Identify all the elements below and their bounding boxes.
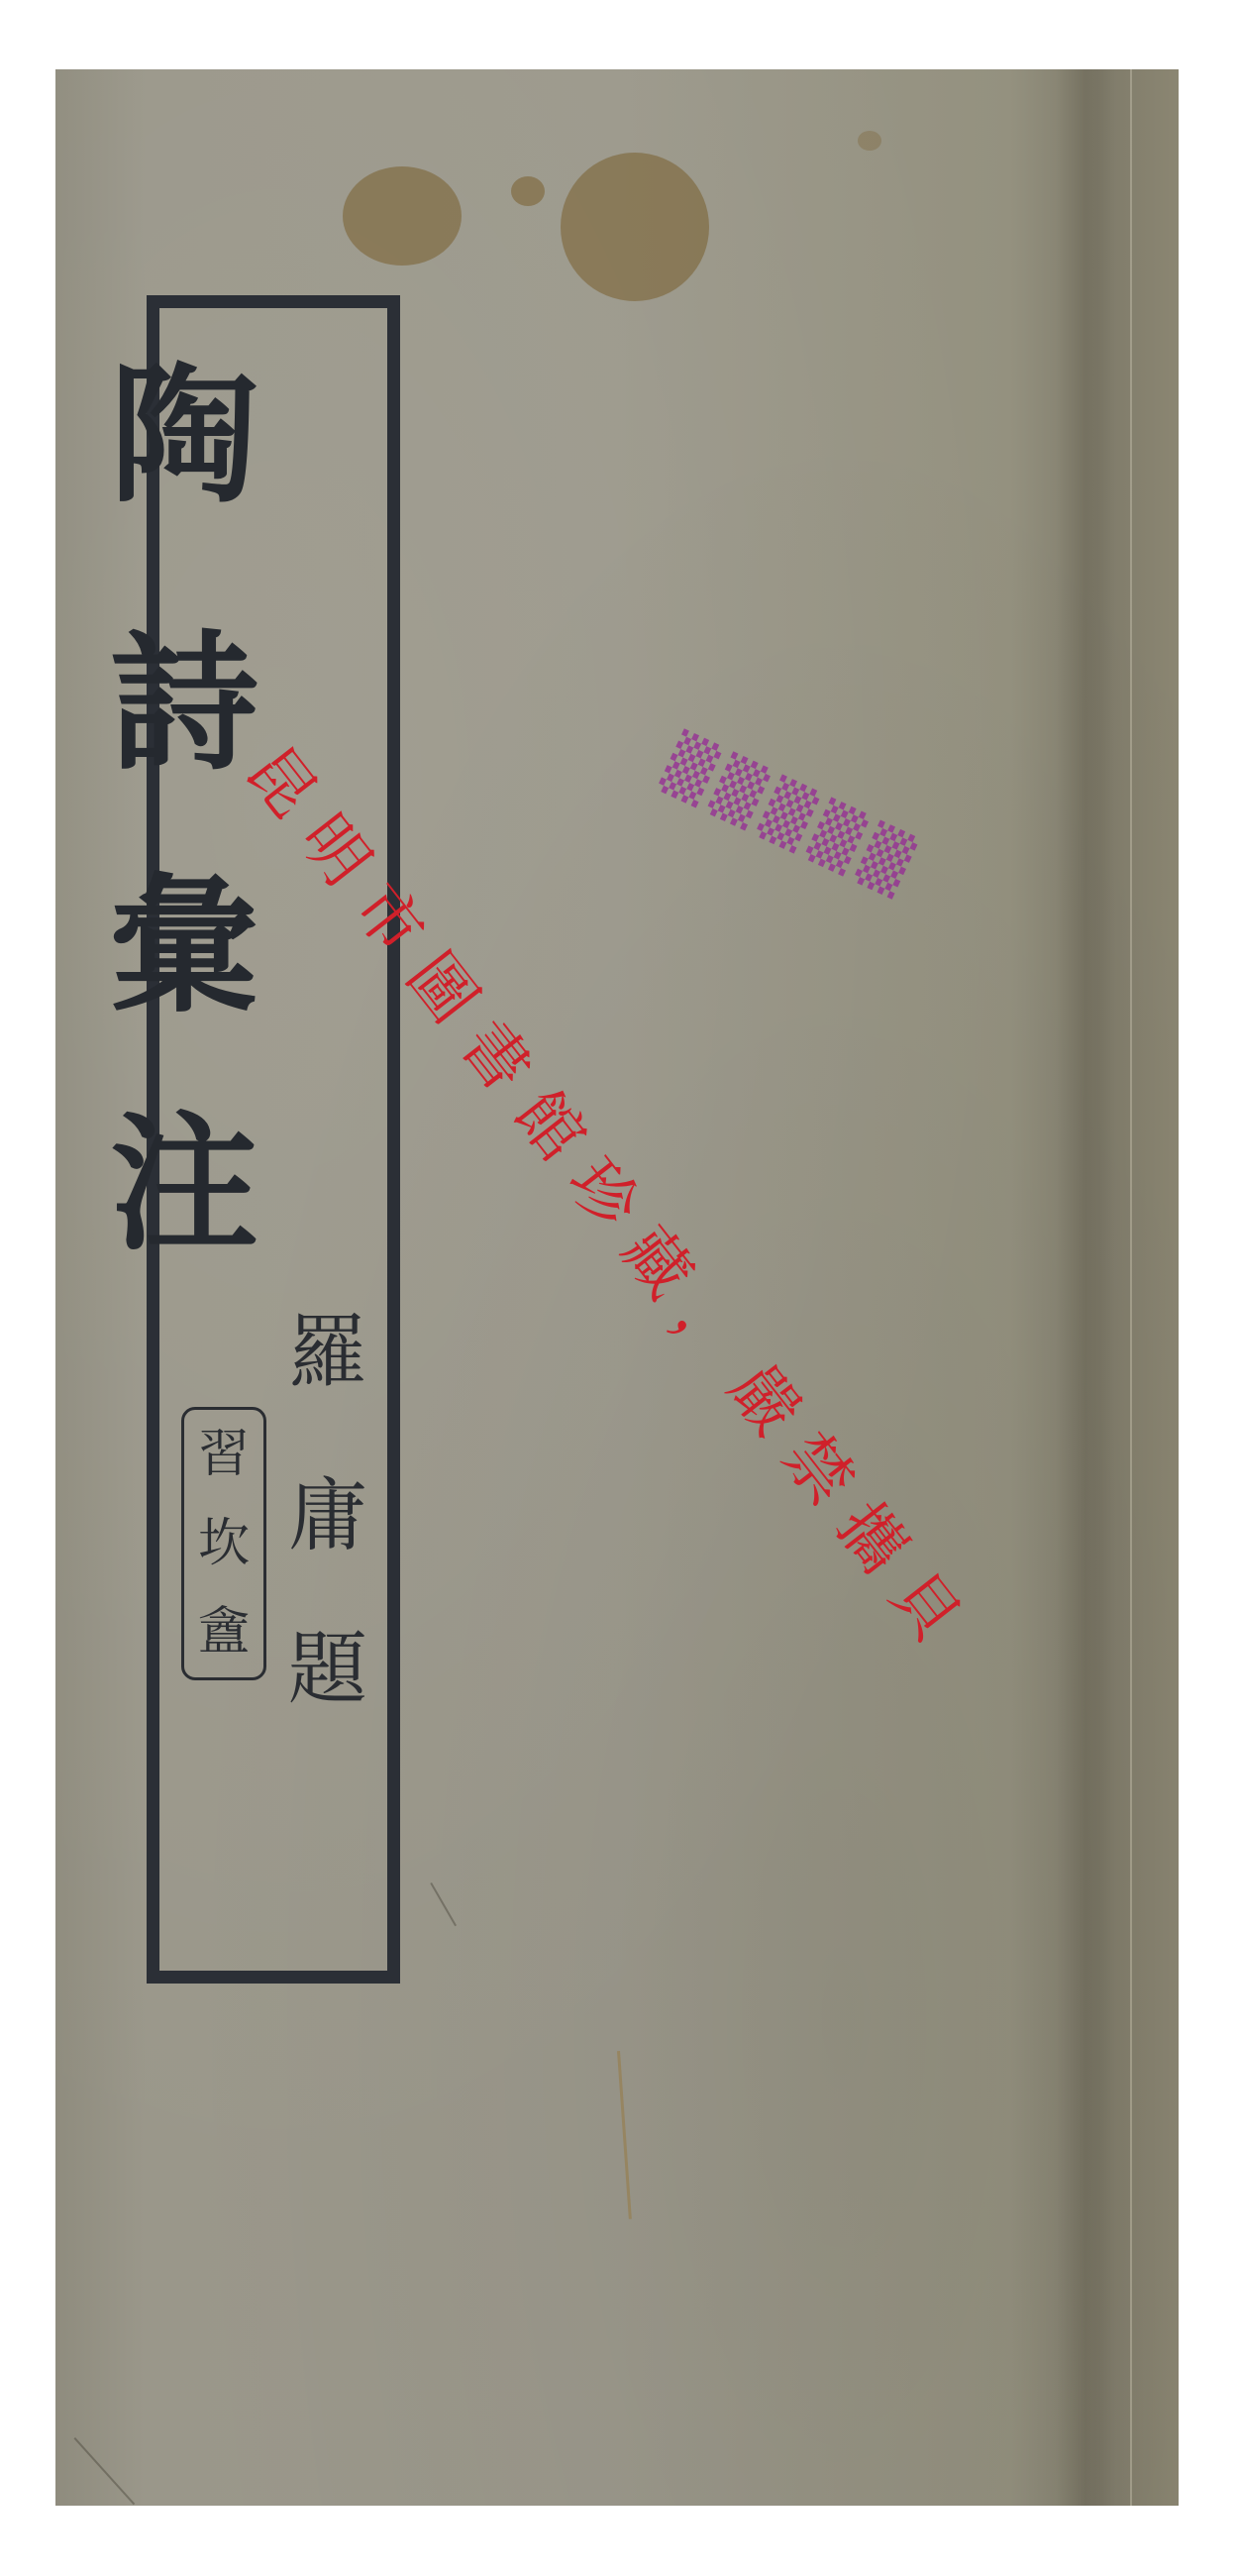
inscription-char-1: 羅: [288, 1313, 367, 1392]
title-char-4: 注: [110, 1110, 258, 1258]
seal-char-2: 坎: [198, 1518, 250, 1569]
book-cover-page: 陶 詩 彙 注 羅 庸 題 習 坎 盦 昆明市圖書館珍藏，嚴禁攜貝 ▒▒▒▒▒: [55, 69, 1179, 2506]
seal-char-3: 盦: [198, 1607, 250, 1659]
stain-speck: [858, 131, 881, 151]
seal-char-1: 習: [198, 1429, 250, 1480]
title-char-3: 彙: [110, 872, 258, 1020]
spine-fold-line: [1130, 69, 1132, 2506]
crease-line: [617, 2051, 632, 2219]
crease-line: [430, 1882, 457, 1926]
spine-shadow: [1056, 69, 1115, 2506]
stain-round: [561, 153, 709, 301]
title-char-1: 陶: [110, 362, 258, 510]
seal-stamp: 習 坎 盦: [181, 1407, 266, 1680]
crease-line: [74, 2437, 136, 2505]
title-char-2: 詩: [110, 629, 258, 778]
inscription-char-3: 題: [288, 1630, 367, 1709]
inscription-char-2: 庸: [288, 1476, 367, 1556]
purple-stamp: ▒▒▒▒▒: [656, 728, 929, 904]
stain-large: [343, 166, 462, 266]
stain-small: [511, 176, 545, 206]
